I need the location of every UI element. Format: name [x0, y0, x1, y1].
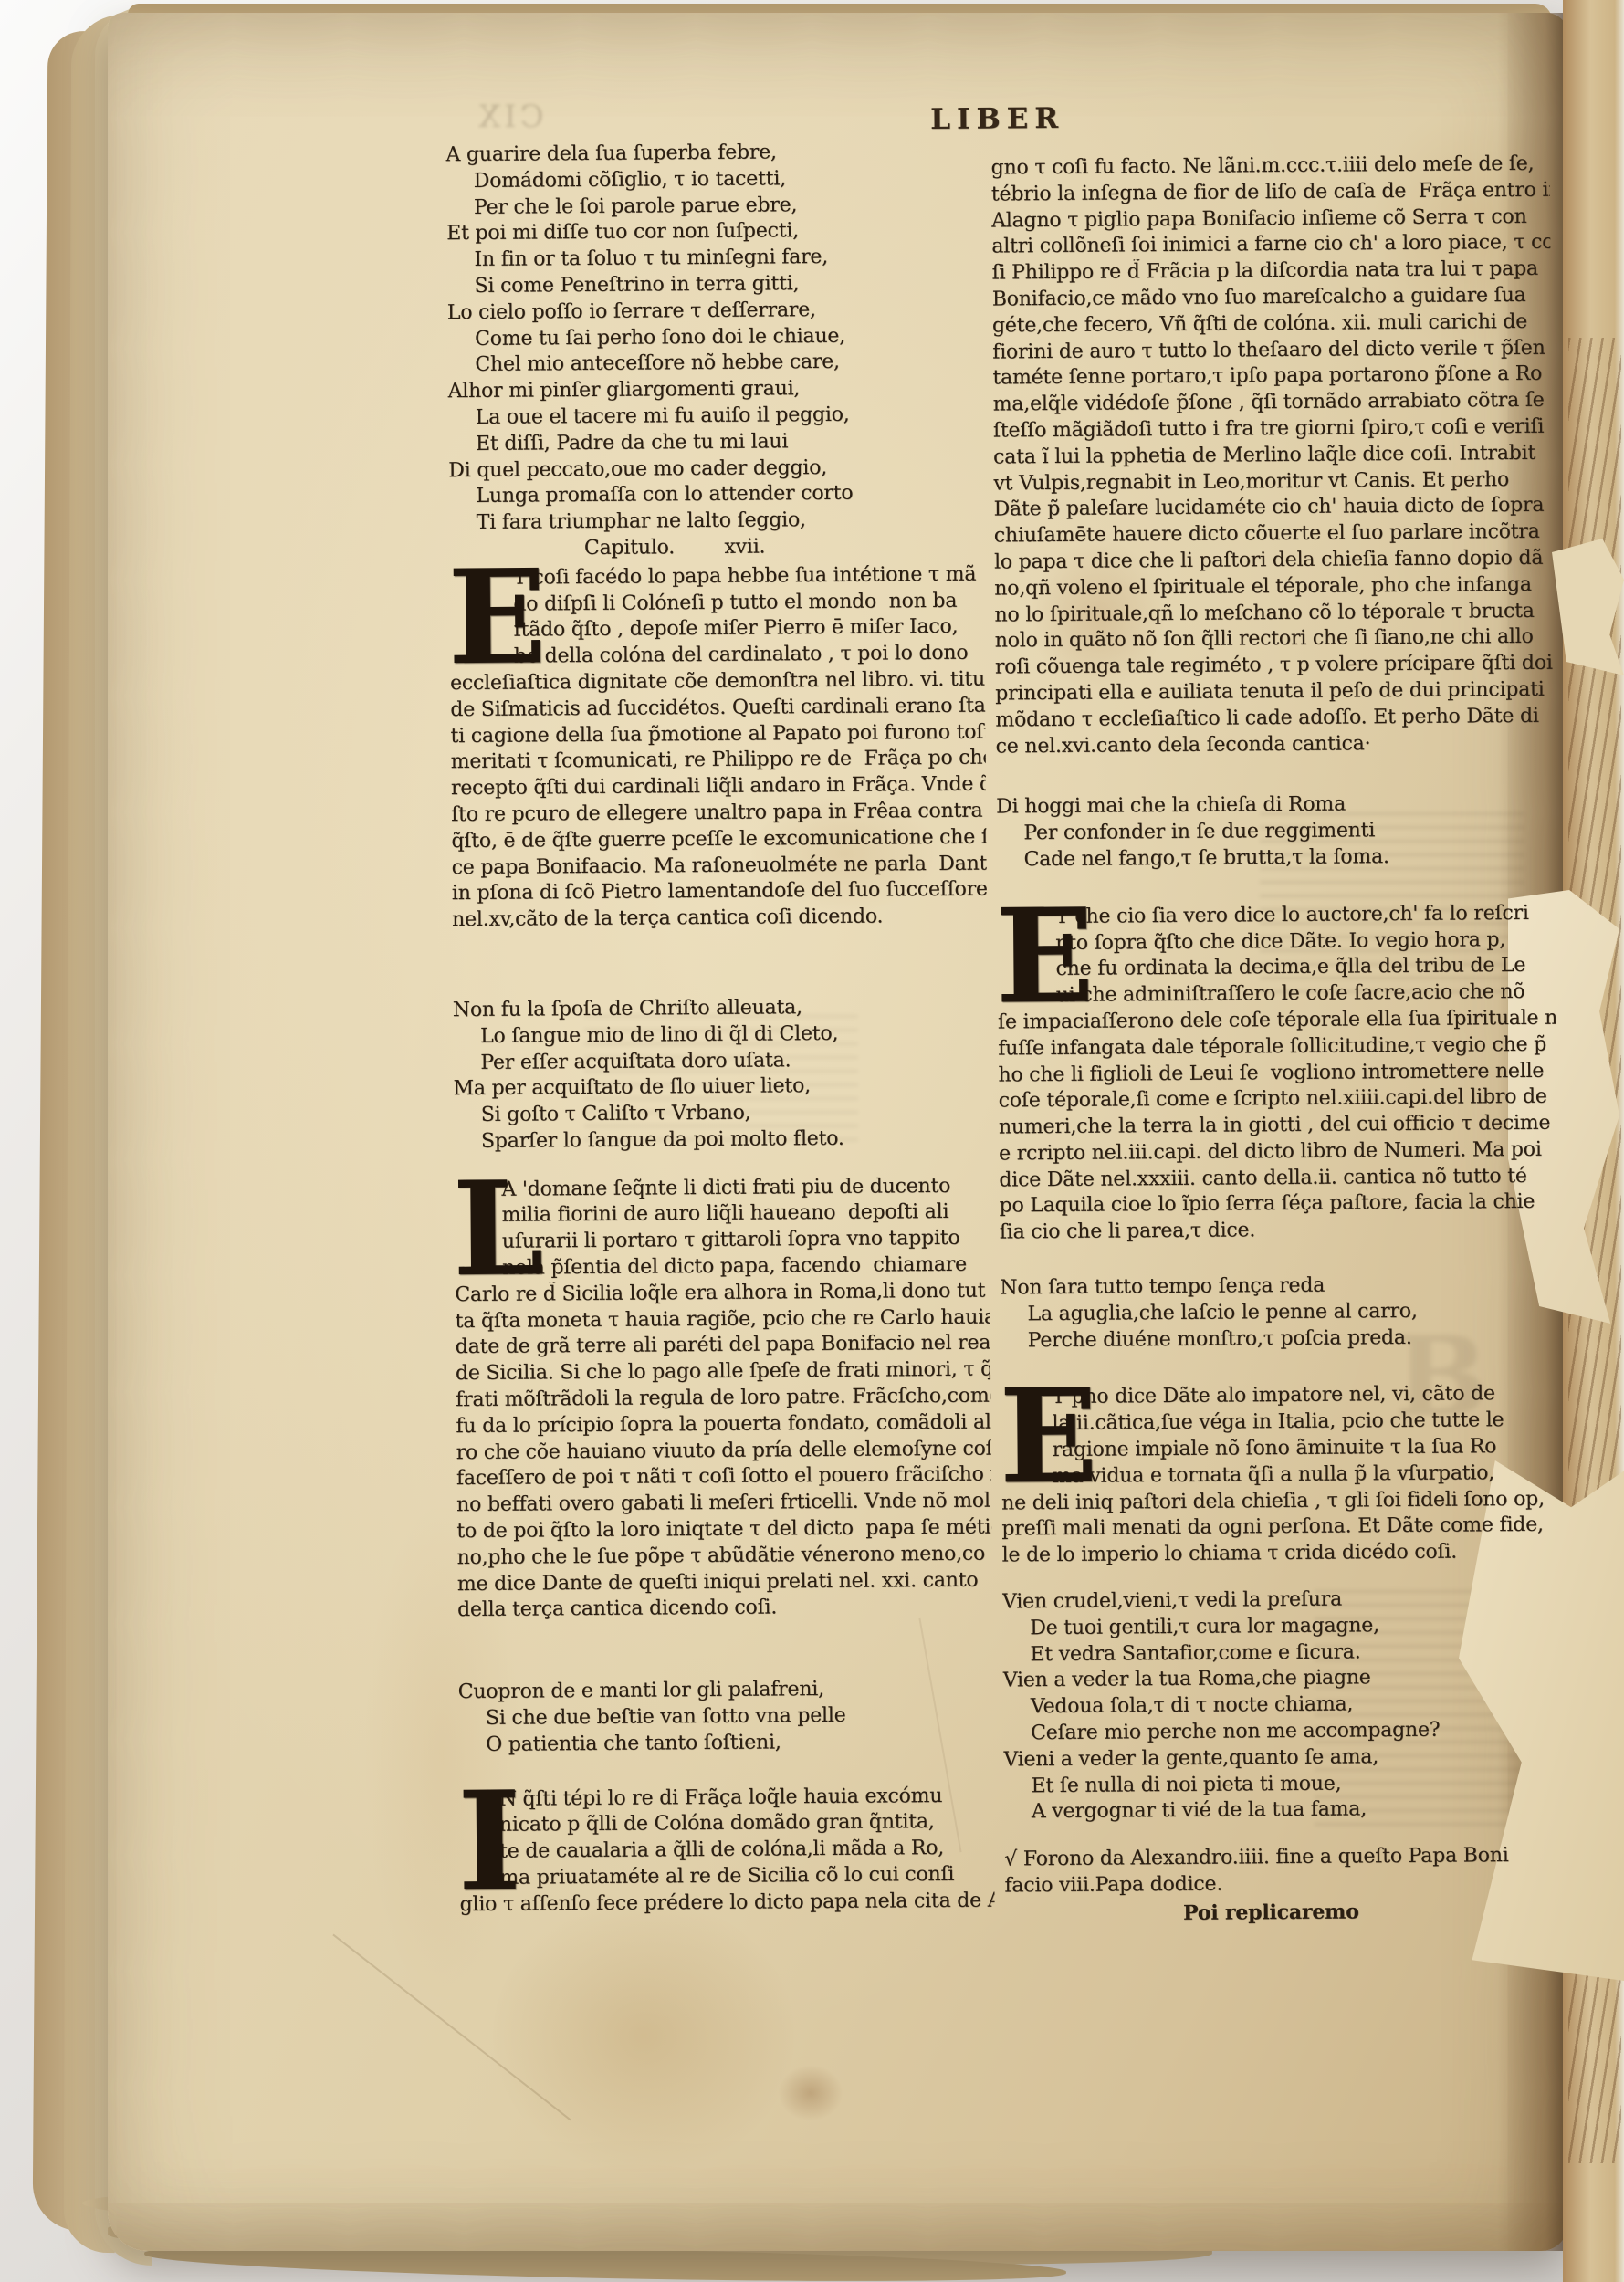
prose-line: principati ella e auiliata tenuta il peſ… [995, 677, 1554, 708]
prose-line: facio viii.Papa dodice. [1004, 1869, 1563, 1900]
prose-line: preſſi mali menati da ogni perſona. Et D… [1001, 1513, 1560, 1544]
verse-block: Non ſara tutto tempo ſença redaLa agugli… [1000, 1272, 1559, 1355]
prose-line: nel.xv,cãto de la terça cantica coſi dic… [452, 904, 987, 934]
prose-line: no beffati overo gabati li meſeri frtice… [456, 1489, 991, 1519]
prose-line: ce papa Bonifaacio. Ma raſoneuolméte ne … [452, 851, 987, 881]
prose-line: cata ĩ lui la pphetia de Merlino laq̃le … [993, 440, 1552, 471]
verse-line: Perche diuéne monſtro,τ poſcia preda. [1001, 1324, 1559, 1355]
verse-line: Non fu la ſpoſa de Chriſto alleuata, [453, 993, 988, 1023]
drop-cap: E [995, 907, 1095, 1005]
photographed-book-page: B CIX LIBER A guarire dela ſua ſuperba f… [0, 0, 1624, 2282]
verse-line: Si come Peneſtrino in terra gitti, [447, 270, 982, 300]
prose-line: de Sicilia. Si che lo pago alle ſpeſe de… [456, 1357, 990, 1387]
prose-line: de Siſmaticis ad ſuccidétos. Queſti card… [450, 693, 985, 723]
verse-block: Cuopron de e manti lor gli palafreni,Si … [458, 1676, 994, 1759]
verse-line: Alhor mi pinſer gliargomenti graui, [447, 375, 982, 405]
verse-line: Si che due beſtie van ſotto vna pelle [458, 1702, 993, 1732]
verse-line: Lo cielo poſſo io ſerrare τ deſſerrare, [447, 296, 982, 326]
prose-line: fuſſe infangata dale téporale ſollicitud… [998, 1031, 1556, 1062]
prose-line: glio τ aſſenſo fece prédere lo dicto pap… [459, 1888, 994, 1918]
verse-line: In fin or ta ſoluo τ tu minſegni fare, [446, 244, 981, 274]
prose-line: ma priuataméte al re de Sicilia cõ lo cu… [459, 1862, 994, 1892]
prose-line: ti cagione della ſua p̃motione al Papato… [450, 719, 985, 749]
prose-line: lo papa τ dice che li paſtori dela chieſ… [994, 546, 1553, 577]
prose-line: date de grã terre ali paréti del papa Bo… [456, 1331, 990, 1361]
prose-line: ce nel.xvi.canto dela ſeconda cantica· [996, 729, 1555, 760]
prose-block: √ Forono da Alexandro.iiii. fine a queſt… [1004, 1843, 1563, 1900]
verse-line: Cade nel fango,τ ſe brutta,τ la ſoma. [996, 843, 1555, 874]
prose-line: po Laquila cioe lo ĩpio ſerra ſéça paſto… [999, 1189, 1557, 1220]
verse-line: Poi replicaremo [1005, 1897, 1564, 1928]
verse-line: Si goſto τ Caliſto τ Vrbano, [454, 1099, 989, 1129]
drop-cap: L [452, 1180, 544, 1278]
prose-line: géte,che fecero, Vñ q̃ſti de colóna. xii… [992, 309, 1551, 340]
verse-line: Lo ſangue mio de lino di q̃l di Cleto, [453, 1020, 988, 1050]
prose-block: IN q̃ſti tépi lo re di Frãça loq̃le haui… [459, 1783, 995, 1919]
prose-block: gno τ coſi fu facto. Ne lãni.m.ccc.τ.iii… [991, 152, 1555, 760]
verse-line: Domádomi cõſiglio, τ io tacetti, [446, 164, 981, 194]
prose-block: ET coſi facédo lo papa hebbe ſua intétio… [449, 561, 987, 934]
prose-line: nicato p q̃lli de Colóna domãdo gran q̃n… [459, 1809, 994, 1839]
running-title: LIBER [930, 102, 1064, 136]
prose-line: numeri,che la terra la in giotti , del c… [999, 1111, 1557, 1142]
prose-line: ta q̃ſta moneta τ hauia ragiõe, pcio che… [455, 1304, 990, 1335]
prose-line: in pſona di ſcõ Pietro lamentandoſe del … [452, 877, 987, 907]
prose-line: to de poi q̃ſto la loro iniqtate τ del d… [456, 1515, 991, 1545]
prose-line: ſto re pcuro de ellegere unaltro papa in… [451, 798, 986, 828]
printed-text-layer: LIBER A guarire dela ſua ſuperba febre,D… [0, 0, 1624, 2282]
prose-line: no,qñ voleno el ſpirituale el téporale, … [994, 571, 1553, 602]
prose-line: della terça cantica dicendo coſi. [457, 1594, 992, 1624]
drop-cap: I [457, 1790, 522, 1893]
text-column-left: A guarire dela ſua ſuperba febre,Domádom… [445, 136, 994, 1919]
verse-line: Et diſſi, Padre da che tu mi laui [448, 427, 983, 457]
verse-block: Non fu la ſpoſa de Chriſto alleuata,Lo ſ… [453, 993, 989, 1155]
verse-block: A guarire dela ſua ſuperba febre,Domádom… [445, 139, 984, 563]
verse-line: A vergognar ti vié de la tua fama, [1004, 1795, 1563, 1827]
prose-block: ET che cio ſia vero dice lo auctore,ch' … [997, 900, 1558, 1246]
verse-line: Come tu ſai perho ſono doi le chiaue, [447, 322, 982, 352]
prose-line: ro che cõe hauiano viuuto da pría delle … [456, 1436, 991, 1466]
prose-block: ET pho dice Dãte alo impatore nel, vi, c… [1001, 1381, 1561, 1569]
verse-line: Per eſſer acquiſtata doro uſata. [453, 1046, 988, 1076]
verse-line: La oue el tacere mi fu auiſo il peggio, [448, 402, 983, 432]
verse-line: Chel mio anteceſſore nõ hebbe care, [447, 349, 982, 379]
prose-line: recepto q̃ſti dui cardinali liq̃li andar… [451, 772, 986, 802]
prose-line: mõdano τ eccleſiaſtico li cade adoſſo. E… [995, 703, 1554, 734]
verse-line: Ma per acquiſtato de ſlo uiuer lieto, [453, 1073, 988, 1103]
drop-cap: E [999, 1388, 1098, 1486]
prose-line: no,pho che le ſue põpe τ abũdãtie vénero… [456, 1541, 991, 1571]
prose-line: roſi cõuenga tale regiméto , τ p volere … [995, 651, 1554, 682]
verse-block: Di hoggi mai che la chieſa di RomaPer co… [996, 790, 1556, 874]
prose-line: √ Forono da Alexandro.iiii. fine a queſt… [1004, 1843, 1563, 1874]
verse-line: Sparſer lo ſangue da poi molto fleto. [454, 1125, 989, 1155]
prose-line: meritati τ ſcomunicati, re Philippo re d… [451, 746, 986, 776]
prose-line: frati mõſtrãdoli la regula de loro patre… [456, 1384, 990, 1414]
verse-line: Cuopron de e manti lor gli palafreni, [458, 1676, 993, 1706]
prose-line: e rcripto nel.iii.capi. del dicto libro … [999, 1137, 1557, 1168]
prose-line: ſia cio che li parea,τ dice. [1000, 1216, 1558, 1247]
prose-line: faceſſero de poi τ nãti τ coſi ſotto el … [456, 1462, 991, 1492]
prose-block: LA 'domane ſeq̃nte li dicti frati piu de… [454, 1173, 992, 1624]
prose-line: fu da lo prícipio ſopra la pouerta fonda… [456, 1409, 990, 1439]
prose-line: N q̃ſti tépi lo re di Frãça loq̃le hauia… [459, 1783, 994, 1813]
verse-line: Di quel peccato,oue mo cader deggio, [448, 454, 983, 484]
prose-line: ſteſſo mãgiãdoſi tutto i fra tre giorni … [993, 414, 1552, 445]
verse-line: Per che le ſoi parole parue ebre, [446, 191, 981, 221]
prose-line: me dice Dante de queſti iniqui prelati n… [457, 1567, 992, 1597]
verse-line: Et poi mi diſſe tuo cor non ſuſpecti, [446, 217, 981, 247]
verse-line: Ti fara triumphar ne lalto ſeggio, [449, 507, 984, 537]
verse-line: Lunga promaſſa con lo attender corto [448, 480, 983, 510]
prose-line: te de caualaria a q̃lli de colóna,li mãd… [459, 1836, 994, 1866]
prose-line: le de lo imperio lo chiama τ crida dicéd… [1001, 1539, 1560, 1570]
text-column-right: gno τ coſi fu facto. Ne lãni.m.ccc.τ.iii… [991, 152, 1564, 1928]
catchword-block: Poi replicaremo [1005, 1897, 1564, 1928]
verse-block: Vien crudel,vieni,τ vedi la preſuraDe tu… [1002, 1586, 1563, 1827]
prose-line: Bonifacio,ce mãdo vno ſuo mareſcalcho a … [992, 283, 1551, 314]
prose-line: gno τ coſi fu facto. Ne lãni.m.ccc.τ.iii… [991, 152, 1550, 183]
drop-cap: E [447, 569, 547, 666]
prose-line: q̃ſto, ē de q̃ſte guerre pceſſe le excom… [451, 824, 986, 854]
verse-line: A guarire dela ſua ſuperba febre, [445, 139, 980, 169]
prose-line: tébrio la inſegna de fior de liſo de caſ… [991, 177, 1550, 208]
verse-line: O patientia che tanto ſoſtieni, [458, 1728, 993, 1758]
